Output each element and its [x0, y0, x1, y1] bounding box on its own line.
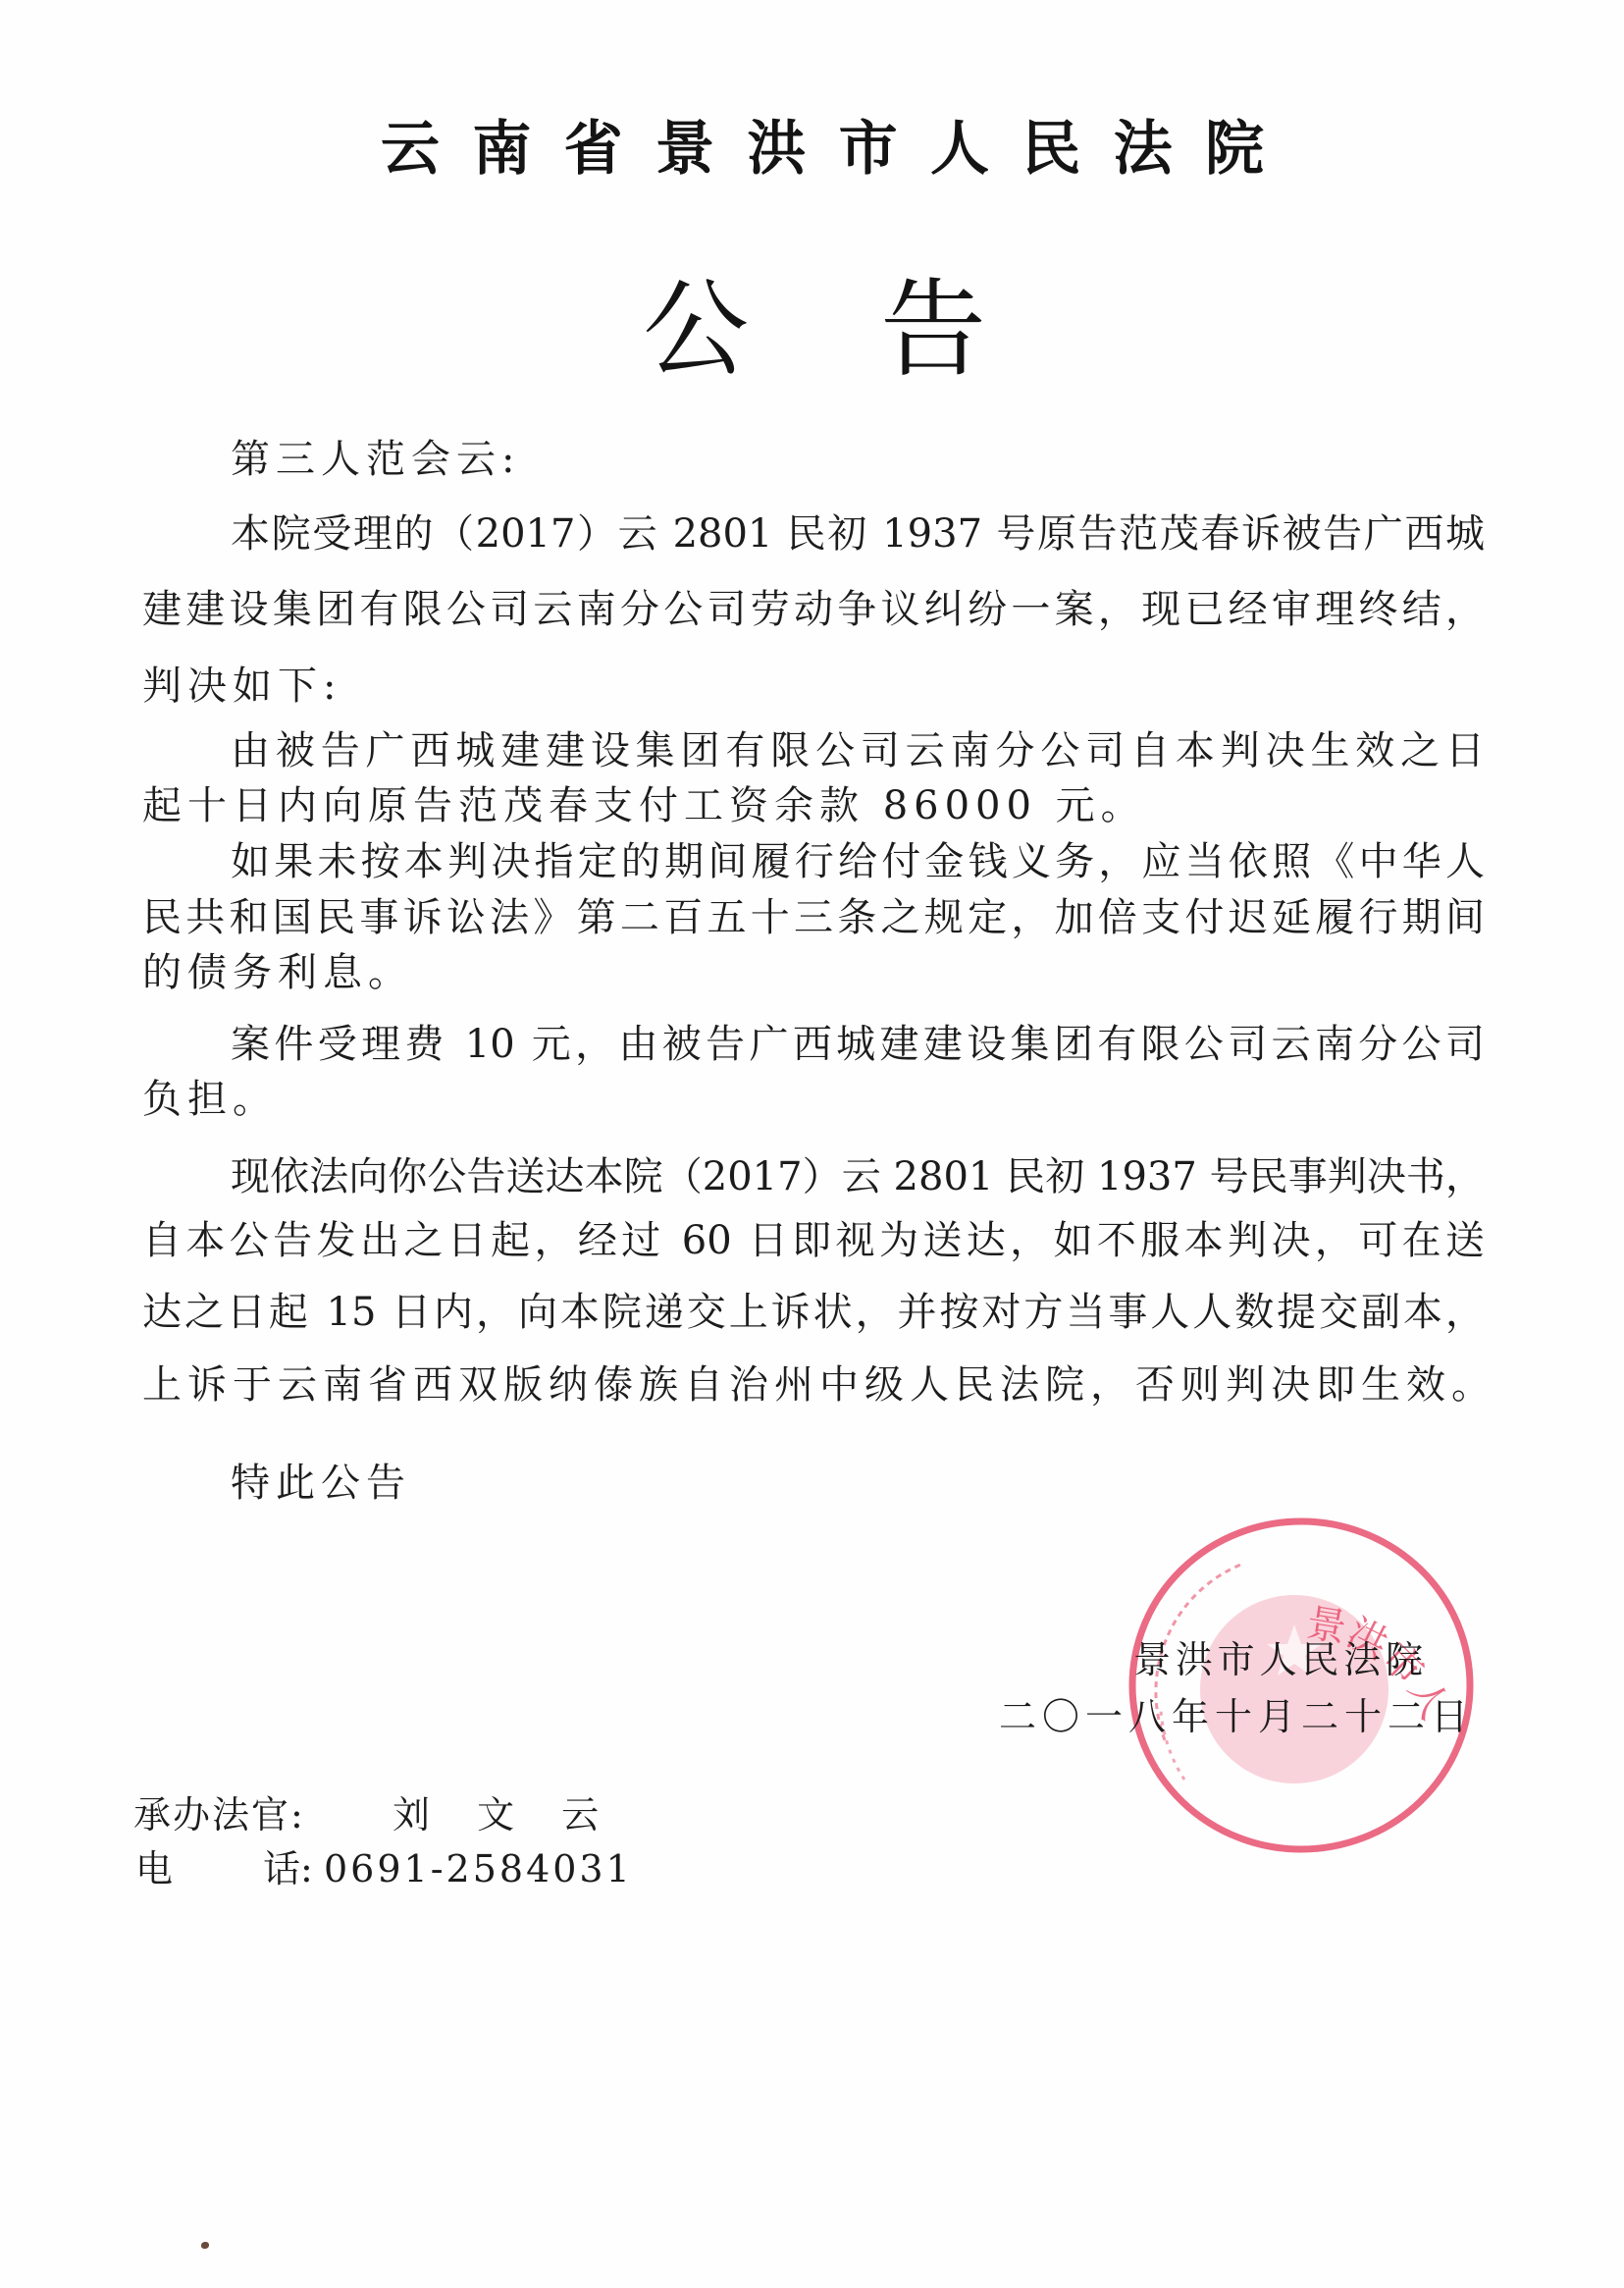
- body-line: 起十日内向原告范茂春支付工资余款 86000 元。: [142, 782, 1485, 829]
- scan-speck: [201, 2242, 209, 2249]
- judge-label: 承办法官:: [133, 1793, 305, 1836]
- phone-number: 0691-2584031: [324, 1847, 633, 1890]
- body-line: 上诉于云南省西双版纳傣族自治州中级人民法院，否则判决即生效。: [142, 1361, 1485, 1409]
- body-line: 民共和国民事诉讼法》第二百五十三条之规定，加倍支付迟延履行期间: [142, 894, 1485, 941]
- official-seal: 景洪市人民法院: [1126, 1515, 1477, 1856]
- body-line: 由被告广西城建建设集团有限公司云南分公司自本判决生效之日: [231, 727, 1485, 774]
- addressee: 第三人范会云:: [231, 436, 1485, 483]
- court-header: 云南省景洪市人民法院: [381, 110, 1264, 188]
- phone-label-1: 电: [135, 1847, 173, 1890]
- body-line: 建建设集团有限公司云南分公司劳动争议纠纷一案，现已经审理终结，: [142, 586, 1485, 633]
- body-line: 案件受理费 10 元，由被告广西城建建设集团有限公司云南分公司: [231, 1021, 1485, 1068]
- phone-label-2: 话:: [263, 1847, 313, 1890]
- body-line: 本院受理的（2017）云 2801 民初 1937 号原告范茂春诉被告广西城: [231, 510, 1485, 558]
- judge-name: 刘 文 云: [393, 1793, 616, 1836]
- signature-court: 景洪市人民法院: [1133, 1637, 1423, 1682]
- notice-title: 公告: [643, 267, 986, 395]
- body-line: 的债务利息。: [142, 949, 1485, 996]
- body-line: 如果未按本判决指定的期间履行给付金钱义务，应当依照《中华人: [231, 838, 1485, 885]
- notice-page: 云南省景洪市人民法院 公告 第三人范会云: 本院受理的（2017）云 2801 …: [0, 0, 1624, 2288]
- closing-text: 特此公告: [231, 1460, 1485, 1507]
- body-line: 负担。: [142, 1076, 1485, 1123]
- court-seal-icon: 景洪市人民法院: [1126, 1515, 1477, 1856]
- body-line: 现依法向你公告送达本院（2017）云 2801 民初 1937 号民事判决书，: [231, 1153, 1485, 1200]
- signature-date: 二〇一八年十月二十二日: [999, 1694, 1468, 1739]
- body-line: 判决如下:: [142, 663, 1485, 710]
- body-line: 自本公告发出之日起，经过 60 日即视为送达，如不服本判决，可在送: [142, 1217, 1485, 1264]
- body-line: 达之日起 15 日内，向本院递交上诉状，并按对方当事人人数提交副本，: [142, 1289, 1485, 1336]
